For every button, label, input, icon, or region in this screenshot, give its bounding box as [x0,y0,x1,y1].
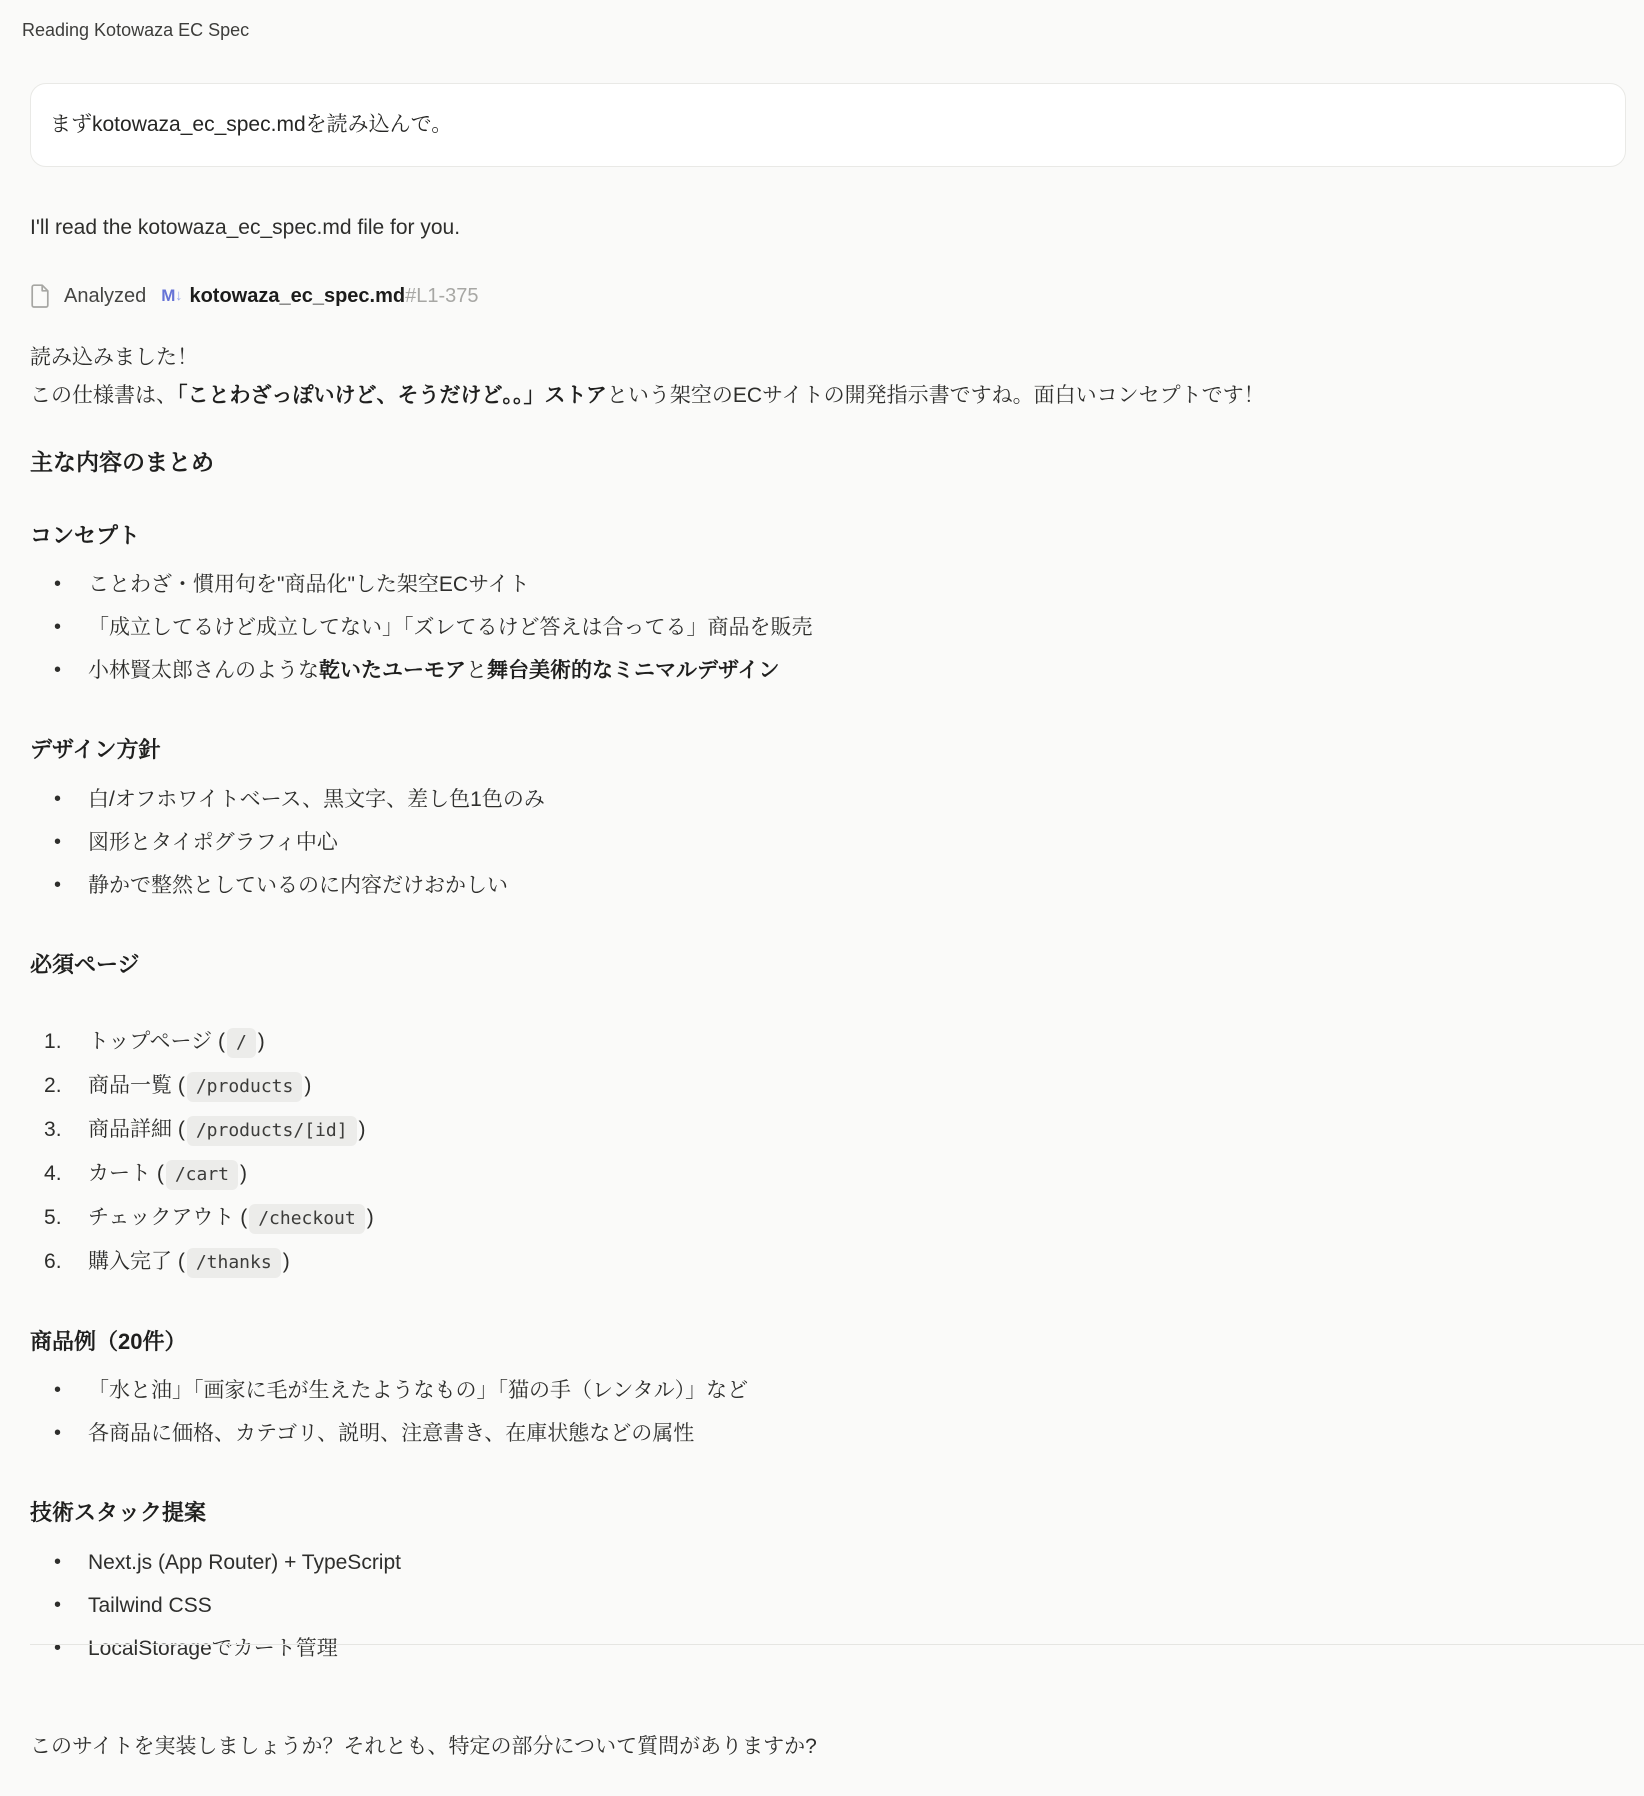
page-label: カート ( [88,1162,164,1185]
list-item: 静かで整然としているのに内容だけおかしい [88,864,1600,907]
page-label: トップページ ( [88,1030,225,1053]
text: 白/オフホワイトベース、黒文字、差し色1色のみ [88,788,545,811]
pages-list: トップページ (/)商品一覧 (/products)商品詳細 (/product… [30,1020,1600,1284]
list-item: 図形とタイポグラフィ中心 [88,821,1600,864]
page-list-item: チェックアウト (/checkout) [88,1196,1600,1240]
tool-file-name: kotowaza_ec_spec.md [189,281,405,311]
markdown-file-icon: M ↓ [161,283,182,309]
document-icon [30,284,50,308]
bold-text: 舞台美術的なミニマルデザイン [487,659,780,682]
page-label: 購入完了 ( [88,1250,185,1273]
page-label: 商品詳細 ( [88,1118,185,1141]
route-code-chip: /products [187,1072,303,1102]
page-label: 商品一覧 ( [88,1074,185,1097]
chat-scroll-area: Reading Kotowaza EC Spec まずkotowaza_ec_s… [0,0,1644,1670]
design-list: 白/オフホワイトベース、黒文字、差し色1色のみ図形とタイポグラフィ中心静かで整然… [30,778,1600,907]
route-code-chip: /thanks [187,1248,281,1278]
list-item: 各商品に価格、カテゴリ、説明、注意書き、在庫状態などの属性 [88,1412,1600,1455]
concept-heading: コンセプト [30,522,1600,551]
list-item: ことわざ・慣用句を"商品化"した架空ECサイト [88,563,1600,606]
list-item: Next.js (App Router) + TypeScript [88,1541,1600,1584]
text: Next.js (App Router) + TypeScript [88,1551,401,1574]
ack-line: 読み込みました！ [30,346,198,369]
list-item: 「成立してるけど成立してない」「ズレてるけど答えは合ってる」商品を販売 [88,606,1600,649]
page-list-item: 商品一覧 (/products) [88,1064,1600,1108]
concept-list: ことわざ・慣用句を"商品化"した架空ECサイト「成立してるけど成立してない」「ズ… [30,563,1600,692]
list-item: 「水と油」「画家に毛が生えたようなもの」「猫の手（レンタル）」など [88,1369,1600,1412]
text: 「成立してるけど成立してない」「ズレてるけど答えは合ってる」商品を販売 [88,616,813,639]
products-heading: 商品例（20件） [30,1328,1600,1357]
assistant-intro-text: I'll read the kotowaza_ec_spec.md file f… [30,212,1600,244]
page-list-item: カート (/cart) [88,1152,1600,1196]
list-item: 白/オフホワイトベース、黒文字、差し色1色のみ [88,778,1600,821]
text: と [466,659,487,682]
page-label-paren: ) [283,1250,290,1273]
page-label: チェックアウト ( [88,1206,247,1229]
assistant-paragraph: 読み込みました！ この仕様書は、「ことわざっぽいけど、そうだけど。。」ストアとい… [30,339,1600,415]
summary-heading: 主な内容のまとめ [30,448,1600,478]
design-heading: デザイン方針 [30,736,1600,765]
route-code-chip: / [227,1028,256,1058]
text: という架空のECサイトの開発指示書ですね。面白いコンセプトです！ [607,384,1265,407]
products-list: 「水と油」「画家に毛が生えたようなもの」「猫の手（レンタル）」など各商品に価格、… [30,1369,1600,1455]
page-list-item: 購入完了 (/thanks) [88,1240,1600,1284]
user-message-text: まずkotowaza_ec_spec.mdを読み込んで。 [50,113,452,136]
route-code-chip: /cart [166,1160,238,1190]
pages-heading: 必須ページ [30,951,1600,980]
user-message-bubble: まずkotowaza_ec_spec.mdを読み込んで。 [30,83,1626,167]
message-footer-area: このサイトを実装しましょうか？それとも、特定の部分について質問がありますか? [0,1644,1644,1763]
message-divider [30,1644,1644,1645]
closing-question: このサイトを実装しましょうか？それとも、特定の部分について質問がありますか? [30,1731,1600,1763]
list-item: 小林賢太郎さんのような乾いたユーモアと舞台美術的なミニマルデザイン [88,649,1600,692]
tool-line-range: #L1-375 [405,281,478,311]
route-code-chip: /checkout [249,1204,365,1234]
page-label-paren: ) [367,1206,374,1229]
text: 小林賢太郎さんのような [88,659,319,682]
conversation-title: Reading Kotowaza EC Spec [22,0,1600,44]
text: 「水と油」「画家に毛が生えたようなもの」「猫の手（レンタル）」など [88,1379,748,1402]
list-item: Tailwind CSS [88,1584,1600,1627]
text: ことわざ・慣用句を"商品化"した架空ECサイト [88,573,530,596]
text: この仕様書は、 [30,384,177,407]
tool-call-row[interactable]: Analyzed M ↓ kotowaza_ec_spec.md #L1-375 [30,281,479,311]
text: 各商品に価格、カテゴリ、説明、注意書き、在庫状態などの属性 [88,1422,694,1445]
page-label-paren: ) [258,1030,265,1053]
page-list-item: トップページ (/) [88,1020,1600,1064]
page-label-paren: ) [240,1162,247,1185]
text: 図形とタイポグラフィ中心 [88,831,338,854]
route-code-chip: /products/[id] [187,1116,357,1146]
tech-heading: 技術スタック提案 [30,1499,1600,1528]
page-label-paren: ) [359,1118,366,1141]
bold-text: 「ことわざっぽいけど、そうだけど。。」ストア [177,384,607,407]
text: Tailwind CSS [88,1594,212,1617]
page-list-item: 商品詳細 (/products/[id]) [88,1108,1600,1152]
text: 静かで整然としているのに内容だけおかしい [88,874,508,897]
page-label-paren: ) [304,1074,311,1097]
tool-action-label: Analyzed [64,281,146,311]
bold-text: 乾いたユーモア [319,659,466,682]
spec-line: この仕様書は、「ことわざっぽいけど、そうだけど。。」ストアという架空のECサイト… [30,384,1265,407]
